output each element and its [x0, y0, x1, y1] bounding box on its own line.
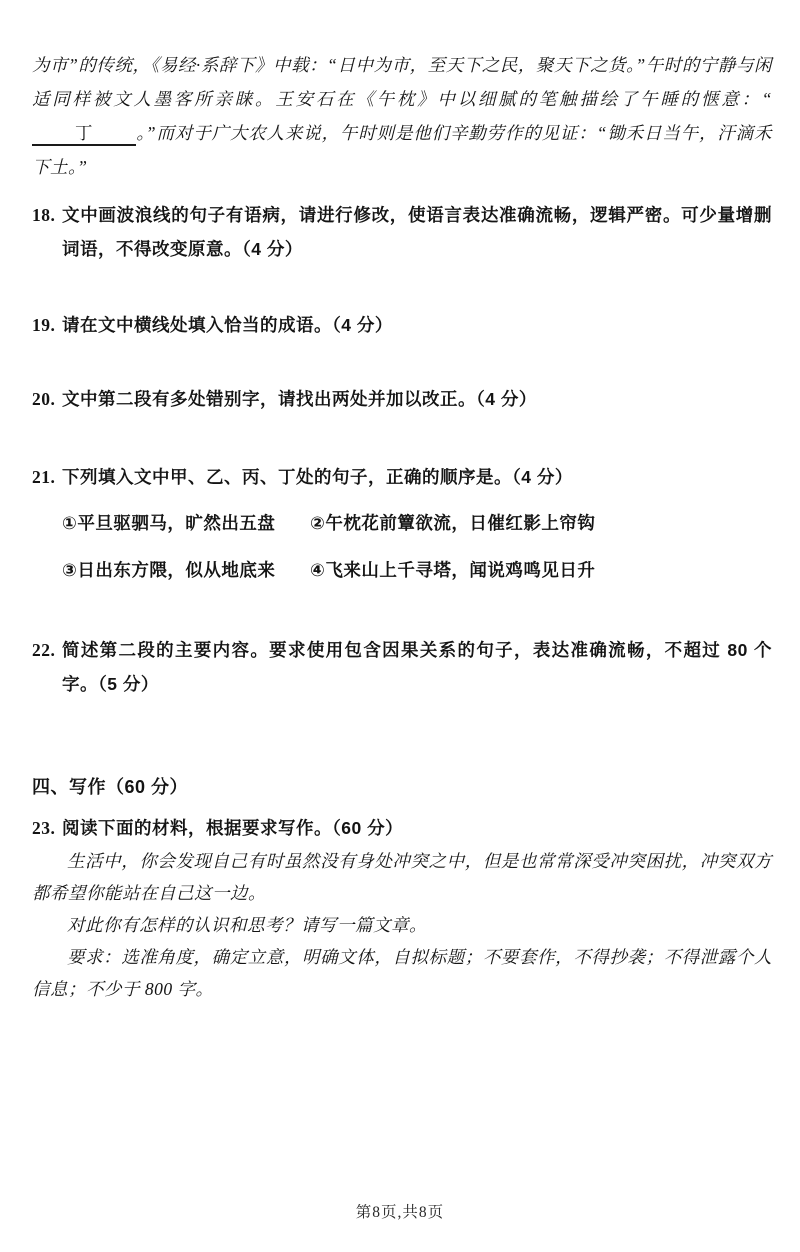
- blank-underline-ding: 丁: [32, 122, 136, 146]
- question-23: 23. 阅读下面的材料，根据要求写作。（60 分）: [32, 811, 772, 845]
- question-23-text: 阅读下面的材料，根据要求写作。（60 分）: [62, 811, 772, 845]
- question-18: 18. 文中画波浪线的句子有语病，请进行修改，使语言表达准确流畅，逻辑严密。可少…: [32, 198, 772, 266]
- exam-page: { "passage": { "before_blank": "为市”的传统，《…: [0, 0, 800, 1252]
- question-18-number: 18.: [32, 198, 62, 232]
- question-22-number: 22.: [32, 633, 62, 667]
- question-20-number: 20.: [32, 382, 62, 416]
- question-19-number: 19.: [32, 308, 62, 342]
- question-19: 19. 请在文中横线处填入恰当的成语。（4 分）: [32, 308, 772, 342]
- question-22: 22. 简述第二段的主要内容。要求使用包含因果关系的句子，表达准确流畅，不超过 …: [32, 633, 772, 701]
- question-18-text: 文中画波浪线的句子有语病，请进行修改，使语言表达准确流畅，逻辑严密。可少量增删词…: [62, 198, 772, 266]
- question-21-options: ①平旦驱驷马，旷然出五盘 ②午枕花前簟欲流，日催红影上帘钩 ③日出东方隈，似从地…: [62, 506, 772, 587]
- page-content: 为市”的传统，《易经·系辞下》中载：“日中为市，至天下之民，聚天下之货。”午时的…: [0, 0, 800, 1005]
- option-2: ②午枕花前簟欲流，日催红影上帘钩: [310, 506, 772, 540]
- option-1: ①平旦驱驷马，旷然出五盘: [62, 506, 310, 540]
- material-paragraph-1: 生活中，你会发现自己有时虽然没有身处冲突之中，但是也常常深受冲突困扰，冲突双方都…: [32, 845, 772, 909]
- material-requirements: 要求：选准角度，确定立意，明确文体，自拟标题；不要套作，不得抄袭；不得泄露个人信…: [32, 941, 772, 1005]
- essay-material: 生活中，你会发现自己有时虽然没有身处冲突之中，但是也常常深受冲突困扰，冲突双方都…: [32, 845, 772, 1005]
- passage-text-before-blank: 为市”的传统，《易经·系辞下》中载：“日中为市，至天下之民，聚天下之货。”午时的…: [32, 55, 772, 109]
- question-23-number: 23.: [32, 811, 62, 845]
- question-20-text: 文中第二段有多处错别字，请找出两处并加以改正。（4 分）: [62, 382, 772, 416]
- question-21: 21. 下列填入文中甲、乙、丙、丁处的句子，正确的顺序是。（4 分） ①平旦驱驷…: [32, 460, 772, 587]
- reading-passage: 为市”的传统，《易经·系辞下》中载：“日中为市，至天下之民，聚天下之货。”午时的…: [32, 48, 772, 184]
- question-21-text: 下列填入文中甲、乙、丙、丁处的句子，正确的顺序是。（4 分）: [62, 467, 573, 487]
- question-21-number: 21.: [32, 460, 62, 494]
- passage-text-after-blank: 。”而对于广大农人来说，午时则是他们辛勤劳作的见证：“锄禾日当午，汗滴禾下土。”: [32, 123, 772, 177]
- question-21-body: 下列填入文中甲、乙、丙、丁处的句子，正确的顺序是。（4 分） ①平旦驱驷马，旷然…: [62, 460, 772, 587]
- question-20: 20. 文中第二段有多处错别字，请找出两处并加以改正。（4 分）: [32, 382, 772, 416]
- page-footer: 第8页,共8页: [0, 1200, 800, 1222]
- writing-section-title: 四、写作（60 分）: [32, 773, 772, 799]
- question-22-text: 简述第二段的主要内容。要求使用包含因果关系的句子，表达准确流畅，不超过 80 个…: [62, 633, 772, 701]
- material-paragraph-2: 对此你有怎样的认识和思考？请写一篇文章。: [32, 909, 772, 941]
- option-3: ③日出东方隈，似从地底来: [62, 553, 310, 587]
- question-19-text: 请在文中横线处填入恰当的成语。（4 分）: [62, 308, 772, 342]
- option-4: ④飞来山上千寻塔，闻说鸡鸣见日升: [310, 553, 772, 587]
